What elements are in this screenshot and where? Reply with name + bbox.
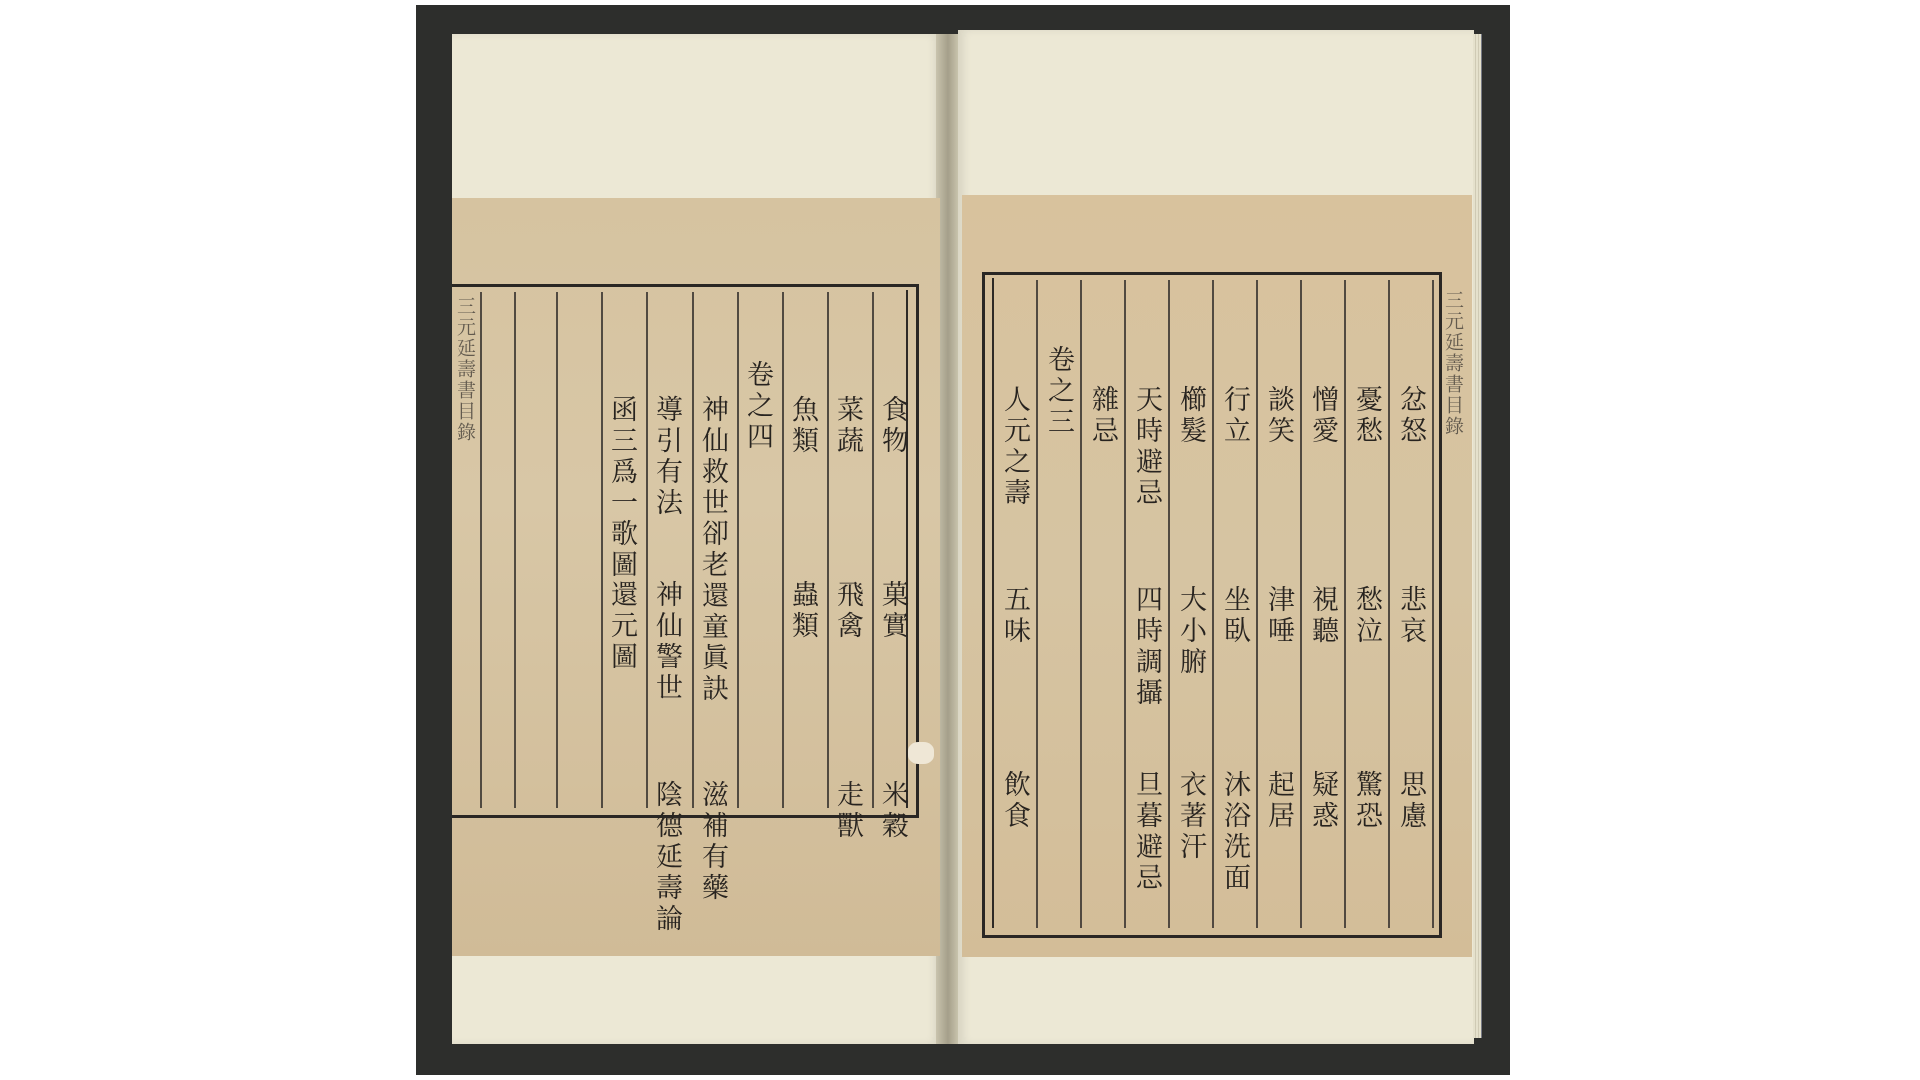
toc-entry: 菜蔬 [829,395,865,457]
column-rule [1300,280,1302,928]
toc-entry: 蟲類 [784,580,820,642]
column-rule [480,292,482,808]
toc-entry: 大小腑 [1172,585,1208,678]
toc-entry: 思慮 [1392,770,1428,832]
column-rule [1432,280,1434,928]
left-margin-title: 三元延壽書目錄 [452,296,479,443]
toc-entry: 陰德延壽論 [648,780,684,935]
column-rule [872,292,874,808]
volume-heading: 卷之三 [1040,345,1076,438]
toc-entry: 坐臥 [1216,585,1252,647]
left-frame-inner-rule [906,290,908,808]
toc-entry: 食物 [874,395,910,457]
column-rule [1212,280,1214,928]
toc-entry: 四時調攝 [1128,585,1164,709]
toc-entry: 神仙警世 [648,580,684,704]
toc-entry: 憂愁 [1348,385,1384,447]
toc-entry: 愁泣 [1348,585,1384,647]
column-rule [514,292,516,808]
column-rule [1036,280,1038,928]
toc-entry: 函三爲一歌圖 [603,395,639,581]
toc-entry: 忿怒 [1392,385,1428,447]
toc-entry: 五味 [996,585,1032,647]
toc-entry: 飛禽 [829,580,865,642]
toc-entry: 滋補有藥 [694,780,730,904]
column-rule [1344,280,1346,928]
right-frame-inner-rule [992,278,994,928]
toc-entry: 起居 [1260,770,1296,832]
toc-entry: 還元圖 [603,580,639,673]
toc-entry: 飲食 [996,770,1032,832]
toc-entry: 沐浴洗面 [1216,770,1252,894]
toc-entry: 神仙救世卻老還童眞訣 [694,395,730,705]
column-rule [1080,280,1082,928]
toc-entry: 談笑 [1260,385,1296,447]
toc-entry: 津唾 [1260,585,1296,647]
toc-entry: 米穀 [874,780,910,842]
toc-entry: 憎愛 [1304,385,1340,447]
volume-heading: 卷之四 [739,360,775,453]
column-rule [1168,280,1170,928]
toc-entry: 魚類 [784,395,820,457]
toc-entry: 驚恐 [1348,770,1384,832]
toc-entry: 行立 [1216,385,1252,447]
toc-entry: 衣著汗 [1172,770,1208,863]
toc-entry: 導引有法 [648,395,684,519]
paper-tear [908,742,934,764]
toc-entry: 悲哀 [1392,585,1428,647]
right-margin-title: 三元延壽書目錄 [1440,290,1467,437]
toc-entry: 走獸 [829,780,865,842]
column-rule [827,292,829,808]
column-rule [1256,280,1258,928]
toc-entry: 視聽 [1304,585,1340,647]
toc-entry: 雜忌 [1084,385,1120,447]
left-page-frame [452,284,919,818]
toc-entry: 疑惑 [1304,770,1340,832]
toc-entry: 天時避忌 [1128,385,1164,509]
column-rule [782,292,784,808]
column-rule [646,292,648,808]
toc-entry: 人元之壽 [996,385,1032,509]
toc-entry: 旦暮避忌 [1128,770,1164,894]
toc-entry: 櫛髮 [1172,385,1208,447]
column-rule [1124,280,1126,928]
column-rule [1388,280,1390,928]
toc-entry: 菓實 [874,580,910,642]
column-rule [556,292,558,808]
